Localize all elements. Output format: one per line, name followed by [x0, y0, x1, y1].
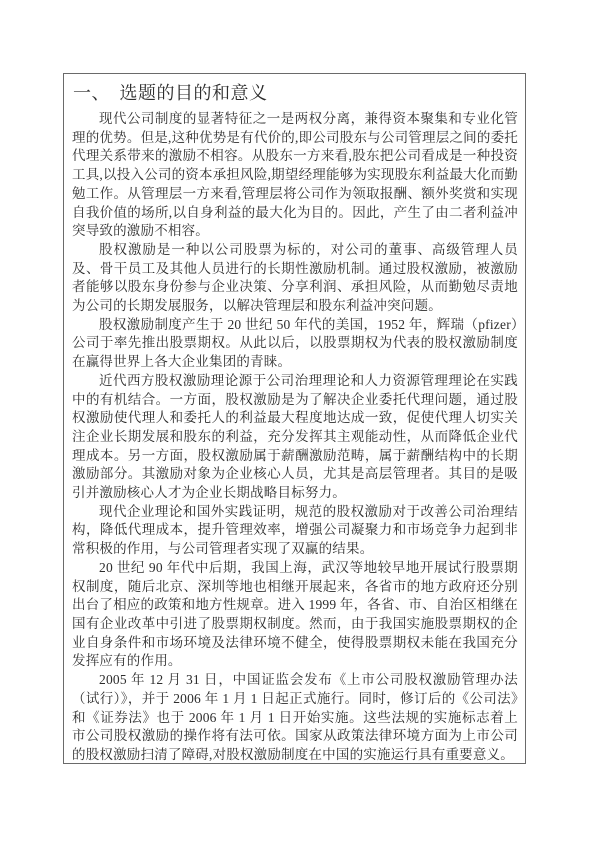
section-heading: 一、 选题的目的和意义: [73, 81, 518, 105]
paragraph: 20 世纪 90 年代中后期，我国上海，武汉等地较早地开展试行股票期权制度，随后…: [72, 559, 518, 671]
content-frame: 一、 选题的目的和意义 现代公司制度的显著特征之一是两权分离，兼得资本聚集和专业…: [63, 73, 526, 764]
paragraph: 2005 年 12 月 31 日，中国证监会发布《上市公司股权激励管理办法（试行…: [72, 671, 518, 764]
paragraph: 现代企业理论和国外实践证明，规范的股权激励对于改善公司治理结构，降低代理成本，提…: [72, 503, 518, 559]
paragraph: 股权激励是一种以公司股票为标的，对公司的董事、高级管理人员及、骨干员工及其他人员…: [72, 241, 518, 316]
paragraph: 股权激励制度产生于 20 世纪 50 年代的美国，1952 年，辉瑞（pfize…: [72, 316, 518, 372]
paragraph: 近代西方股权激励理论源于公司治理理论和人力资源管理理论在实践中的有机结合。一方面…: [72, 372, 518, 503]
document-page: 一、 选题的目的和意义 现代公司制度的显著特征之一是两权分离，兼得资本聚集和专业…: [0, 0, 600, 850]
paragraph: 现代公司制度的显著特征之一是两权分离，兼得资本聚集和专业化管理的优势。但是,这种…: [72, 110, 518, 241]
